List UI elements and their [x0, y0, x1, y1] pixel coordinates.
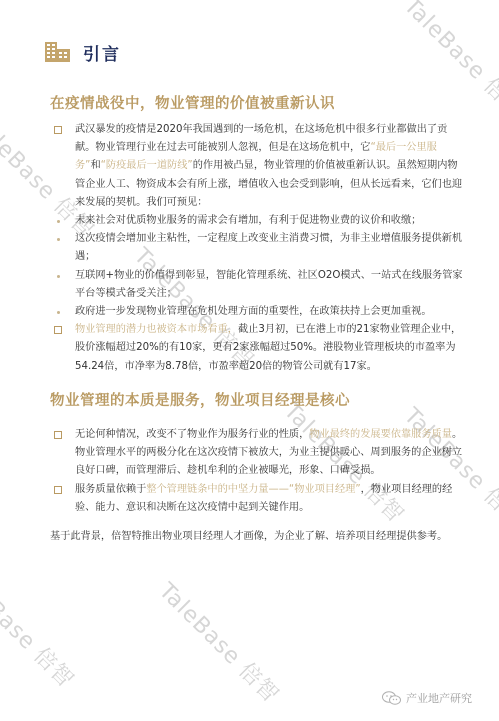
highlight-text: 物业最终的发展要依靠服务质量 [309, 429, 452, 440]
watermark: TaleBase 倍智 [153, 575, 287, 709]
square-bullet-icon [51, 321, 65, 341]
section2-body: 无论何种情况，改变不了物业作为服务行业的性质，物业最终的发展要依靠服务质量。物业… [45, 426, 465, 517]
square-bullet-icon [51, 121, 65, 141]
section-title-2: 物业管理的本质是服务，物业项目经理是核心 [50, 389, 350, 410]
highlight-text: “防疫最后一道防线” [101, 160, 193, 171]
watermark: TaleBase 倍智 [398, 0, 499, 124]
footer-brand: 产业地产研究 [382, 690, 472, 706]
list-item: 物业管理的潜力也被资本市场看重，截止3月初，已在港上市的21家物业管理企业中，股… [45, 321, 465, 376]
highlight-text: 物业管理的潜力也被资本市场看重， [75, 324, 238, 335]
building-icon [45, 42, 71, 62]
square-bullet-icon [51, 426, 65, 446]
list-item: 这次疫情会增加业主粘性，一定程度上改变业主消费习惯，为非主业增值服务提供新机遇； [45, 230, 465, 266]
list-item: 服务质量依赖于整个管理链条中的中坚力量——“物业项目经理”，物业项目经理的经验、… [45, 481, 465, 517]
section1-body: 武汉暴发的疫情是2020年我国遇到的一场危机，在这场危机中很多行业都做出了贡献。… [45, 121, 465, 376]
dot-bullet-icon [51, 230, 65, 248]
conclusion-paragraph: 基于此背景，倍智特推出物业项目经理人才画像，为企业了解、培养项目经理提供参考。 [50, 527, 447, 542]
brand-name: 产业地产研究 [406, 690, 472, 706]
highlight-text: 整个管理链条中的中坚力量——“物业项目经理” [146, 484, 360, 495]
list-item: 无论何种情况，改变不了物业作为服务行业的性质，物业最终的发展要依靠服务质量。物业… [45, 426, 465, 481]
dot-bullet-icon [51, 303, 65, 321]
section-title-1: 在疫情战役中，物业管理的价值被重新认识 [50, 92, 335, 113]
list-item: 互联网+物业的价值得到彰显，智能化管理系统、社区O2O模式、一站式在线服务管家平… [45, 267, 465, 303]
dot-bullet-icon [51, 267, 65, 285]
list-item: 武汉暴发的疫情是2020年我国遇到的一场危机，在这场危机中很多行业都做出了贡献。… [45, 121, 465, 212]
wechat-icon [382, 691, 402, 705]
page-title: 引言 [83, 40, 121, 65]
document-page: TaleBase 倍智 TaleBase 倍智 TaleBase 倍智 Tale… [0, 0, 499, 721]
page-header: 引言 [45, 40, 121, 64]
dot-bullet-icon [51, 212, 65, 230]
list-item: 未来社会对优质物业服务的需求会有增加，有利于促进物业费的议价和收缴； [45, 212, 465, 230]
watermark: TaleBase 倍智 [0, 560, 82, 694]
square-bullet-icon [51, 481, 65, 501]
list-item: 政府进一步发现物业管理在危机处理方面的重要性，在政策扶持上会更加重视。 [45, 303, 465, 321]
